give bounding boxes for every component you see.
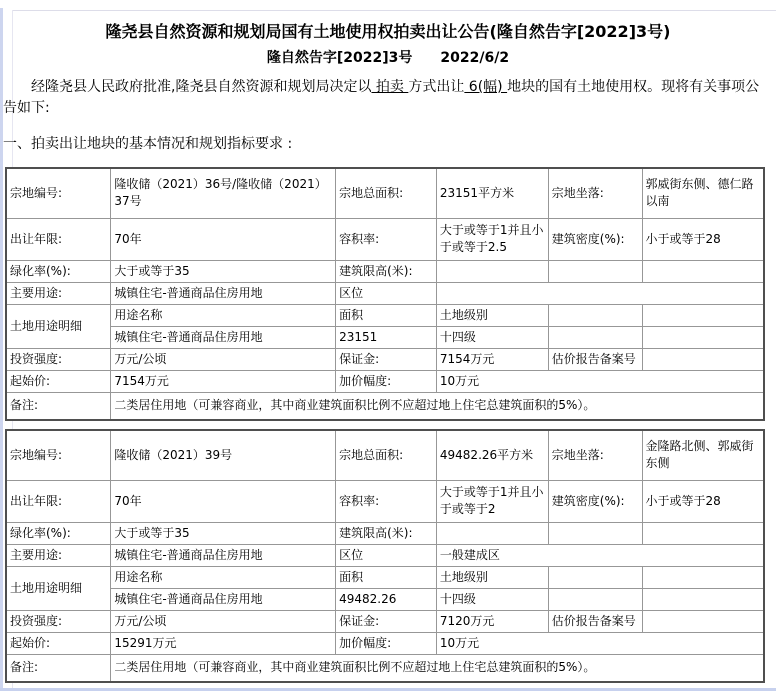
value-location: 郭威街东侧、德仁路以南 bbox=[642, 168, 764, 218]
value-total-area: 23151平方米 bbox=[436, 168, 548, 218]
header-grade: 土地级别 bbox=[436, 566, 548, 588]
value-remark: 二类居住用地（可兼容商业，其中商业建筑面积比例不应超过地上住宅总建筑面积的5%）… bbox=[111, 392, 764, 420]
label-report-no: 估价报告备案号 bbox=[548, 348, 642, 370]
value-deposit: 7120万元 bbox=[436, 610, 548, 632]
table-row: 绿化率(%): 大于或等于35 建筑限高(米): bbox=[6, 260, 764, 282]
doc-number: 隆自然告字[2022]3号 bbox=[267, 50, 413, 66]
label-main-use: 主要用途: bbox=[6, 544, 111, 566]
value-green: 大于或等于35 bbox=[111, 522, 336, 544]
value-investment: 万元/公顷 bbox=[111, 610, 336, 632]
value-parcel-id: 隆收储（2021）39号 bbox=[111, 430, 336, 480]
table-row: 出让年限: 70年 容积率: 大于或等于1并且小于或等于2 建筑密度(%): 小… bbox=[6, 480, 764, 522]
empty-cell bbox=[642, 260, 764, 282]
value-use-name: 城镇住宅-普通商品住房用地 bbox=[111, 326, 336, 348]
label-remark: 备注: bbox=[6, 654, 111, 682]
value-density: 小于或等于28 bbox=[642, 218, 764, 260]
table-row: 主要用途: 城镇住宅-普通商品住房用地 区位 bbox=[6, 282, 764, 304]
label-use-detail: 土地用途明细 bbox=[6, 304, 111, 348]
parcel-table-1: 宗地编号: 隆收储（2021）36号/隆收储（2021）37号 宗地总面积: 2… bbox=[5, 167, 765, 421]
value-start-price: 7154万元 bbox=[111, 370, 336, 392]
empty-cell bbox=[548, 260, 642, 282]
empty-cell bbox=[642, 588, 764, 610]
value-far: 大于或等于1并且小于或等于2 bbox=[436, 480, 548, 522]
label-location: 宗地坐落: bbox=[548, 168, 642, 218]
label-deposit: 保证金: bbox=[336, 348, 437, 370]
label-far: 容积率: bbox=[336, 218, 437, 260]
label-start-price: 起始价: bbox=[6, 370, 111, 392]
value-green: 大于或等于35 bbox=[111, 260, 336, 282]
value-height-limit bbox=[436, 260, 548, 282]
value-term: 70年 bbox=[111, 218, 336, 260]
value-main-use: 城镇住宅-普通商品住房用地 bbox=[111, 544, 336, 566]
empty-cell bbox=[642, 566, 764, 588]
value-density: 小于或等于28 bbox=[642, 480, 764, 522]
label-total-area: 宗地总面积: bbox=[336, 430, 437, 480]
intro-method-underlined: 拍卖 bbox=[371, 79, 408, 95]
value-increment: 10万元 bbox=[436, 370, 764, 392]
label-increment: 加价幅度: bbox=[336, 370, 437, 392]
empty-cell bbox=[548, 326, 642, 348]
label-density: 建筑密度(%): bbox=[548, 218, 642, 260]
label-main-use: 主要用途: bbox=[6, 282, 111, 304]
value-investment: 万元/公顷 bbox=[111, 348, 336, 370]
value-parcel-id: 隆收储（2021）36号/隆收储（2021）37号 bbox=[111, 168, 336, 218]
label-district: 区位 bbox=[336, 544, 437, 566]
label-investment: 投资强度: bbox=[6, 348, 111, 370]
value-location: 金隆路北侧、郭威街东侧 bbox=[642, 430, 764, 480]
table-row: 土地用途明细 用途名称 面积 土地级别 bbox=[6, 304, 764, 326]
table-row: 投资强度: 万元/公顷 保证金: 7154万元 估价报告备案号 bbox=[6, 348, 764, 370]
value-district bbox=[436, 282, 764, 304]
label-density: 建筑密度(%): bbox=[548, 480, 642, 522]
table-row: 投资强度: 万元/公顷 保证金: 7120万元 估价报告备案号 bbox=[6, 610, 764, 632]
header-area: 面积 bbox=[336, 566, 437, 588]
label-report-no: 估价报告备案号 bbox=[548, 610, 642, 632]
table-row: 城镇住宅-普通商品住房用地 23151 十四级 bbox=[6, 326, 764, 348]
empty-cell bbox=[548, 304, 642, 326]
value-main-use: 城镇住宅-普通商品住房用地 bbox=[111, 282, 336, 304]
label-height-limit: 建筑限高(米): bbox=[336, 260, 437, 282]
intro-part2: 方式出让 bbox=[408, 79, 464, 95]
label-parcel-id: 宗地编号: bbox=[6, 168, 111, 218]
value-height-limit bbox=[436, 522, 548, 544]
table-row: 土地用途明细 用途名称 面积 土地级别 bbox=[6, 566, 764, 588]
table-row: 宗地编号: 隆收储（2021）39号 宗地总面积: 49482.26平方米 宗地… bbox=[6, 430, 764, 480]
empty-cell bbox=[642, 522, 764, 544]
value-far: 大于或等于1并且小于或等于2.5 bbox=[436, 218, 548, 260]
value-grade: 十四级 bbox=[436, 326, 548, 348]
intro-part1: 经隆尧县人民政府批准,隆尧县自然资源和规划局决定以 bbox=[31, 79, 371, 95]
value-use-name: 城镇住宅-普通商品住房用地 bbox=[111, 588, 336, 610]
parcel-table-2: 宗地编号: 隆收储（2021）39号 宗地总面积: 49482.26平方米 宗地… bbox=[5, 429, 765, 683]
label-green: 绿化率(%): bbox=[6, 260, 111, 282]
header-grade: 土地级别 bbox=[436, 304, 548, 326]
label-remark: 备注: bbox=[6, 392, 111, 420]
table-row: 宗地编号: 隆收储（2021）36号/隆收储（2021）37号 宗地总面积: 2… bbox=[6, 168, 764, 218]
header-area: 面积 bbox=[336, 304, 437, 326]
value-area: 23151 bbox=[336, 326, 437, 348]
empty-cell bbox=[642, 304, 764, 326]
doc-subtitle: 隆自然告字[2022]3号2022/6/2 bbox=[0, 50, 776, 67]
label-district: 区位 bbox=[336, 282, 437, 304]
header-use-name: 用途名称 bbox=[111, 304, 336, 326]
value-start-price: 15291万元 bbox=[111, 632, 336, 654]
empty-cell bbox=[548, 566, 642, 588]
label-start-price: 起始价: bbox=[6, 632, 111, 654]
label-parcel-id: 宗地编号: bbox=[6, 430, 111, 480]
label-height-limit: 建筑限高(米): bbox=[336, 522, 437, 544]
table-row: 备注: 二类居住用地（可兼容商业，其中商业建筑面积比例不应超过地上住宅总建筑面积… bbox=[6, 392, 764, 420]
label-total-area: 宗地总面积: bbox=[336, 168, 437, 218]
label-far: 容积率: bbox=[336, 480, 437, 522]
section-heading: 一、拍卖出让地块的基本情况和规划指标要求 : bbox=[3, 136, 776, 153]
label-investment: 投资强度: bbox=[6, 610, 111, 632]
value-term: 70年 bbox=[111, 480, 336, 522]
page-title: 隆尧县自然资源和规划局国有土地使用权拍卖出让公告(隆自然告字[2022]3号) bbox=[0, 22, 776, 41]
value-area: 49482.26 bbox=[336, 588, 437, 610]
value-total-area: 49482.26平方米 bbox=[436, 430, 548, 480]
label-increment: 加价幅度: bbox=[336, 632, 437, 654]
label-location: 宗地坐落: bbox=[548, 430, 642, 480]
value-report-no bbox=[642, 348, 764, 370]
empty-cell bbox=[548, 588, 642, 610]
intro-count-underlined: 6(幅) bbox=[464, 79, 507, 95]
document-content: 隆尧县自然资源和规划局国有土地使用权拍卖出让公告(隆自然告字[2022]3号) … bbox=[0, 10, 776, 683]
label-term: 出让年限: bbox=[6, 480, 111, 522]
value-report-no bbox=[642, 610, 764, 632]
label-use-detail: 土地用途明细 bbox=[6, 566, 111, 610]
doc-date: 2022/6/2 bbox=[440, 50, 509, 66]
empty-cell bbox=[642, 326, 764, 348]
value-district: 一般建成区 bbox=[436, 544, 764, 566]
label-deposit: 保证金: bbox=[336, 610, 437, 632]
announcement-page: { "header": { "title": "隆尧县自然资源和规划局国有土地使… bbox=[0, 0, 776, 691]
intro-paragraph: 经隆尧县人民政府批准,隆尧县自然资源和规划局决定以 拍卖 方式出让 6(幅) 地… bbox=[3, 77, 766, 119]
table-row: 出让年限: 70年 容积率: 大于或等于1并且小于或等于2.5 建筑密度(%):… bbox=[6, 218, 764, 260]
value-grade: 十四级 bbox=[436, 588, 548, 610]
table-row: 主要用途: 城镇住宅-普通商品住房用地 区位 一般建成区 bbox=[6, 544, 764, 566]
table-row: 绿化率(%): 大于或等于35 建筑限高(米): bbox=[6, 522, 764, 544]
table-row: 备注: 二类居住用地（可兼容商业，其中商业建筑面积比例不应超过地上住宅总建筑面积… bbox=[6, 654, 764, 682]
label-green: 绿化率(%): bbox=[6, 522, 111, 544]
table-row: 城镇住宅-普通商品住房用地 49482.26 十四级 bbox=[6, 588, 764, 610]
label-term: 出让年限: bbox=[6, 218, 111, 260]
table-row: 起始价: 7154万元 加价幅度: 10万元 bbox=[6, 370, 764, 392]
value-deposit: 7154万元 bbox=[436, 348, 548, 370]
header-use-name: 用途名称 bbox=[111, 566, 336, 588]
empty-cell bbox=[548, 522, 642, 544]
value-increment: 10万元 bbox=[436, 632, 764, 654]
table-row: 起始价: 15291万元 加价幅度: 10万元 bbox=[6, 632, 764, 654]
value-remark: 二类居住用地（可兼容商业，其中商业建筑面积比例不应超过地上住宅总建筑面积的5%）… bbox=[111, 654, 764, 682]
